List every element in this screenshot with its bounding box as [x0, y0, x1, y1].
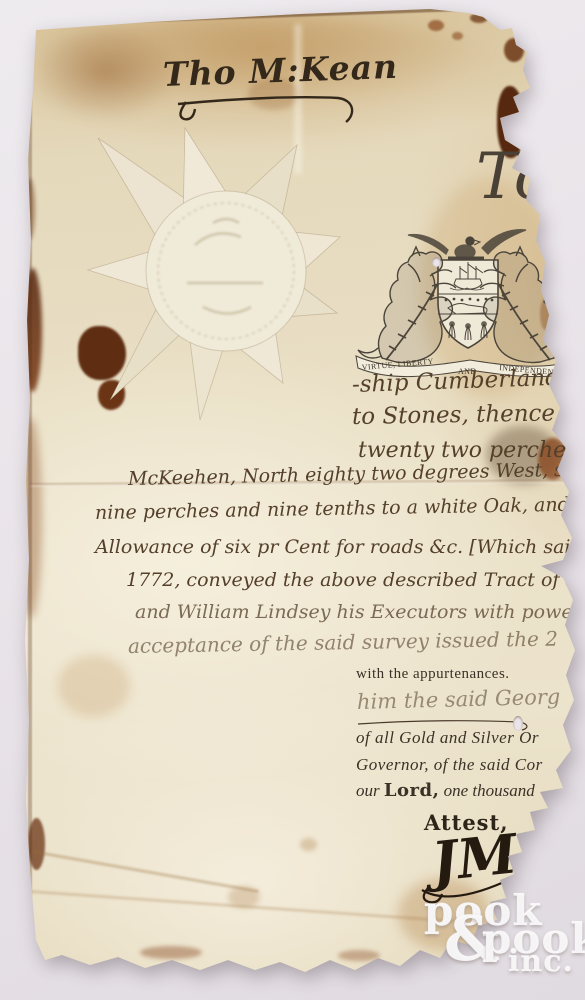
lord-word: Lord,: [384, 780, 440, 801]
lord-line-post: one thousand: [439, 781, 534, 800]
stain-spot: [428, 20, 444, 31]
stain-spot: [452, 32, 463, 40]
script-line: 1772, conveyed the above described Tract…: [126, 569, 585, 591]
script-line: Allowance of six pr Cent for roads &c. […: [95, 536, 585, 558]
document-paper: VIRTUE, LIBERTY AND INDEPENDEN Tho M:Kea…: [0, 0, 585, 1000]
supporter-horse: [358, 247, 456, 363]
fold-crease: [32, 850, 259, 893]
paper-shadow-wrap: VIRTUE, LIBERTY AND INDEPENDEN Tho M:Kea…: [0, 0, 585, 1000]
stain-spot: [534, 180, 547, 206]
script-line: to Stones, thence by lan: [352, 399, 585, 430]
printed-gold-silver: of all Gold and Silver Or: [356, 728, 539, 748]
stain-spot: [140, 946, 202, 959]
paper-edge-shadow: [28, 30, 32, 935]
paper-star-seal: [55, 105, 395, 435]
lord-line-pre: our: [356, 781, 384, 800]
burn-mark: [23, 268, 42, 392]
embossed-wafer-seal: [146, 191, 306, 351]
heading-to-fragment: To: [476, 140, 552, 214]
printed-lord-line: our Lord, one thousand: [356, 780, 535, 801]
script-line: him the said Georg: [357, 685, 561, 714]
stain-spot: [470, 13, 488, 23]
stain-spot: [300, 838, 317, 851]
script-line: acceptance of the said survey issued the…: [128, 626, 558, 658]
wheat-sheaves: [449, 322, 487, 340]
pennsylvania-coat-of-arms-engraving: VIRTUE, LIBERTY AND INDEPENDEN: [352, 210, 585, 380]
photo-backdrop: VIRTUE, LIBERTY AND INDEPENDEN Tho M:Kea…: [0, 0, 585, 1000]
printed-governor: Governor, of the said Cor: [356, 755, 543, 775]
paper-hole: [513, 716, 523, 731]
stain-spot: [338, 950, 380, 961]
paper-hole: [432, 257, 441, 267]
script-line: McKeehen, North eighty two degrees West,…: [128, 458, 585, 490]
script-line: nine perches and nine tenths to a white …: [95, 492, 585, 524]
burn-mark: [504, 38, 524, 62]
watermark-word: inc.: [508, 944, 574, 979]
printed-appurtenances: with the appurtenances.: [356, 666, 510, 683]
stain-spot: [58, 655, 130, 717]
script-line: and William Lindsey his Executors with p…: [135, 601, 585, 623]
signature-flourish: [160, 82, 370, 134]
